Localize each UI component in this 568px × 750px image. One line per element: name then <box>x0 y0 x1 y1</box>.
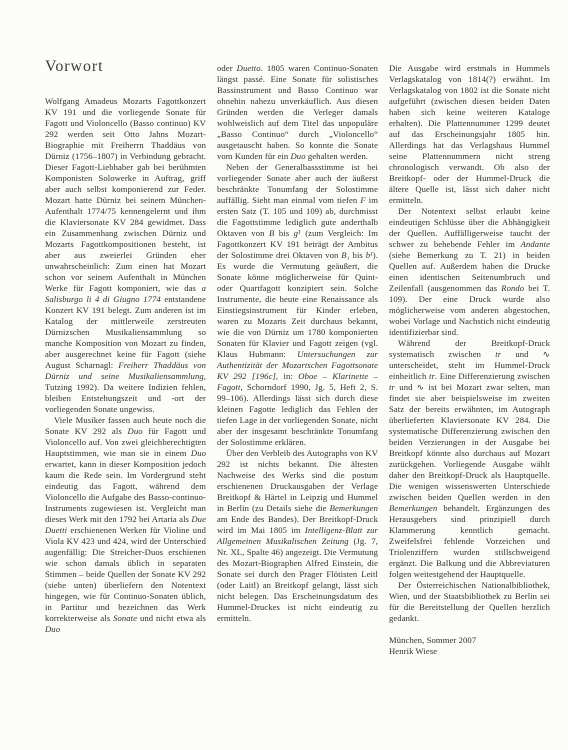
text-column-3: Die Ausgabe wird erstmals in Hummels Ver… <box>389 63 550 657</box>
paragraph: Über den Verbleib des Autographs von KV … <box>217 448 378 624</box>
paragraph: Der Österreichischen Nationalbibliothek,… <box>389 580 550 624</box>
page-title: Vorwort <box>45 58 206 75</box>
text-column-2: oder Duetto. 1805 waren Continuo-Sonaten… <box>217 63 378 624</box>
preface-page: Vorwort Wolfgang Amadeus Mozarts Fagottk… <box>0 0 568 750</box>
paragraph: Während der Breitkopf-Druck systematisch… <box>389 338 550 580</box>
signature-block: München, Sommer 2007 Henrik Wiese <box>389 635 550 657</box>
signature-name: Henrik Wiese <box>389 646 550 657</box>
paragraph: Die Ausgabe wird erstmals in Hummels Ver… <box>389 63 550 206</box>
paragraph: Neben der Generalbassstimme ist bei vorl… <box>217 162 378 448</box>
paragraph: Der Notentext selbst erlaubt keine einde… <box>389 206 550 338</box>
paragraph: oder Duetto. 1805 waren Continuo-Sonaten… <box>217 63 378 162</box>
signature-place-date: München, Sommer 2007 <box>389 635 550 646</box>
paragraph: Viele Musiker fassen auch heute noch die… <box>45 415 206 635</box>
text-column-1: Vorwort Wolfgang Amadeus Mozarts Fagottk… <box>45 58 206 635</box>
paragraph: Wolfgang Amadeus Mozarts Fagottkonzert K… <box>45 96 206 415</box>
